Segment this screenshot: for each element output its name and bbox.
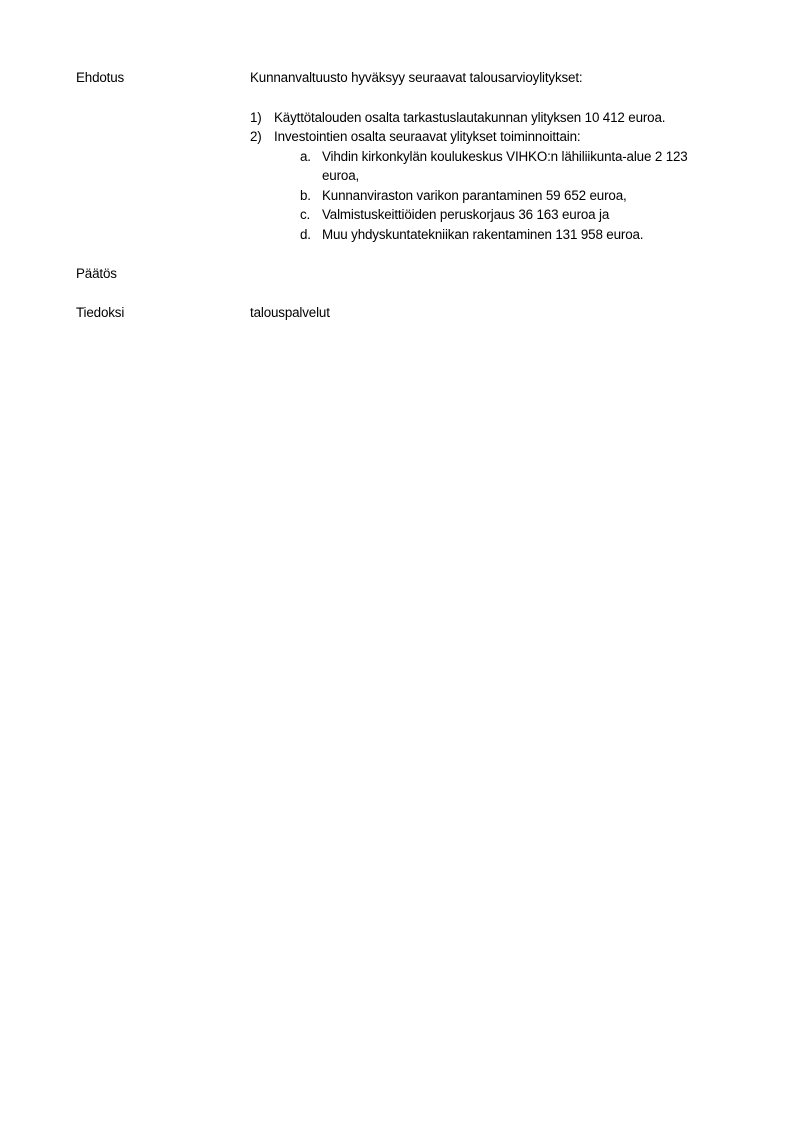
tiedoksi-label: Tiedoksi bbox=[76, 303, 124, 323]
sub-list-item: a. Vihdin kirkonkylän koulukeskus VIHKO:… bbox=[0, 147, 794, 167]
sub-list-marker: d. bbox=[300, 225, 311, 245]
sub-list-marker: c. bbox=[300, 205, 310, 225]
ehdotus-label: Ehdotus bbox=[76, 68, 124, 88]
sub-list-item-text: Kunnanviraston varikon parantaminen 59 6… bbox=[322, 186, 627, 206]
sub-list-item: b. Kunnanviraston varikon parantaminen 5… bbox=[0, 186, 794, 206]
sub-list-marker: b. bbox=[300, 186, 311, 206]
sub-list-item-text: Valmistuskeittiöiden peruskorjaus 36 163… bbox=[322, 205, 609, 225]
list-marker: 1) bbox=[250, 108, 262, 128]
list-marker: 2) bbox=[250, 127, 262, 147]
tiedoksi-row: Tiedoksi talouspalvelut bbox=[0, 303, 794, 323]
sub-list-item: c. Valmistuskeittiöiden peruskorjaus 36 … bbox=[0, 205, 794, 225]
ehdotus-intro: Kunnanvaltuusto hyväksyy seuraavat talou… bbox=[250, 68, 583, 88]
sub-list-item-text: euroa, bbox=[322, 166, 359, 186]
list-item: 1) Käyttötalouden osalta tarkastuslautak… bbox=[0, 108, 794, 128]
tiedoksi-content: talouspalvelut bbox=[250, 303, 330, 323]
list-item: 2) Investointien osalta seuraavat ylityk… bbox=[0, 127, 794, 147]
list-item-text: Käyttötalouden osalta tarkastuslautakunn… bbox=[274, 108, 665, 128]
sub-list-marker: a. bbox=[300, 147, 311, 167]
paatos-label: Päätös bbox=[76, 264, 117, 284]
list-item-text: Investointien osalta seuraavat ylitykset… bbox=[274, 127, 580, 147]
sub-list-item-text: Vihdin kirkonkylän koulukeskus VIHKO:n l… bbox=[322, 147, 688, 167]
ehdotus-row: Ehdotus Kunnanvaltuusto hyväksyy seuraav… bbox=[0, 68, 794, 88]
sub-list-item: d. Muu yhdyskuntatekniikan rakentaminen … bbox=[0, 225, 794, 245]
sub-list-item-continuation: euroa, bbox=[0, 166, 794, 186]
sub-list-item-text: Muu yhdyskuntatekniikan rakentaminen 131… bbox=[322, 225, 643, 245]
paatos-row: Päätös bbox=[0, 264, 794, 284]
